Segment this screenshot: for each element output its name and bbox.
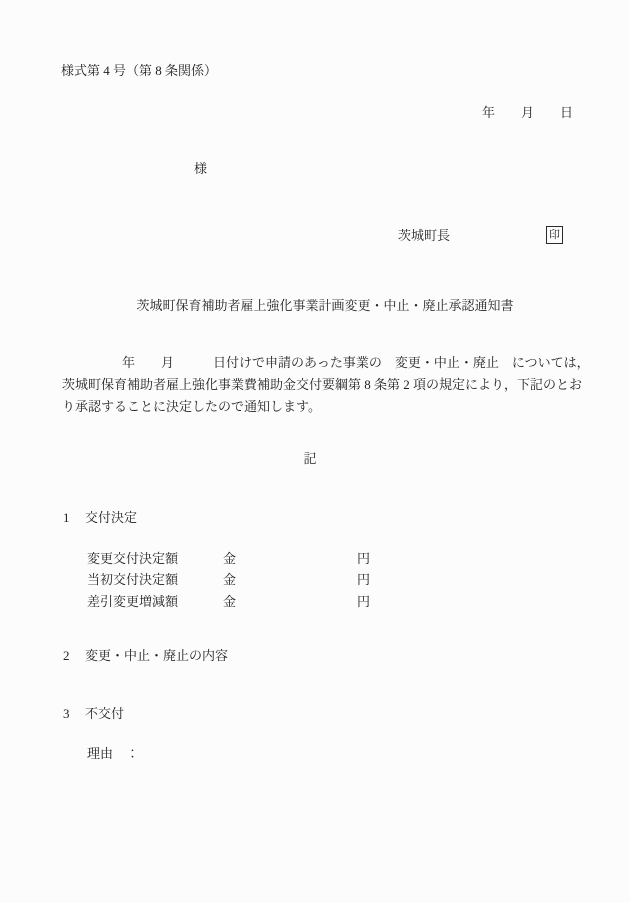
section-3-number: 3 [63, 706, 70, 722]
amount-row: 変更交付決定額 金 円 [0, 551, 630, 569]
form-number: 様式第 4 号（第 8 条関係） [61, 63, 217, 79]
document-title: 茨城町保育補助者雇上強化事業計画変更・中止・廃止承認通知書 [10, 298, 630, 314]
seal-box: 印 [546, 226, 563, 244]
amount-label: 当初交付決定額 [87, 572, 178, 588]
currency-prefix: 金 [223, 572, 236, 588]
seal-label: 印 [549, 230, 560, 241]
currency-unit: 円 [357, 594, 370, 610]
section-2-heading: 変更・中止・廃止の内容 [85, 648, 228, 664]
body-line: 年 月 日付けで申請のあった事業の 変更・中止・廃止 については， [62, 352, 577, 374]
section-1-number: 1 [63, 510, 70, 526]
currency-prefix: 金 [223, 594, 236, 610]
issue-date-line: 年 月 日 [482, 105, 573, 121]
section-1-heading: 交付決定 [85, 510, 137, 526]
currency-prefix: 金 [223, 551, 236, 567]
issuer-title: 茨城町長 [398, 228, 450, 244]
reason-label: 理由 ： [87, 746, 139, 762]
section-2-number: 2 [63, 648, 70, 664]
record-marker: 記 [0, 451, 625, 467]
currency-unit: 円 [357, 572, 370, 588]
addressee-honorific: 様 [194, 161, 207, 177]
amount-row: 当初交付決定額 金 円 [0, 572, 630, 590]
body-line: り承認することに決定したので通知します。 [62, 396, 577, 418]
body-paragraph: 年 月 日付けで申請のあった事業の 変更・中止・廃止 については， 茨城町保育補… [62, 352, 577, 418]
document-page: 様式第 4 号（第 8 条関係） 年 月 日 様 茨城町長 印 茨城町保育補助者… [0, 0, 630, 903]
section-3-heading: 不交付 [85, 706, 124, 722]
amount-row: 差引変更増減額 金 円 [0, 594, 630, 612]
body-line: 茨城町保育補助者雇上強化事業費補助金交付要綱第 8 条第 2 項の規定により，下… [62, 374, 577, 396]
amount-label: 差引変更増減額 [87, 594, 178, 610]
amount-label: 変更交付決定額 [87, 551, 178, 567]
currency-unit: 円 [357, 551, 370, 567]
